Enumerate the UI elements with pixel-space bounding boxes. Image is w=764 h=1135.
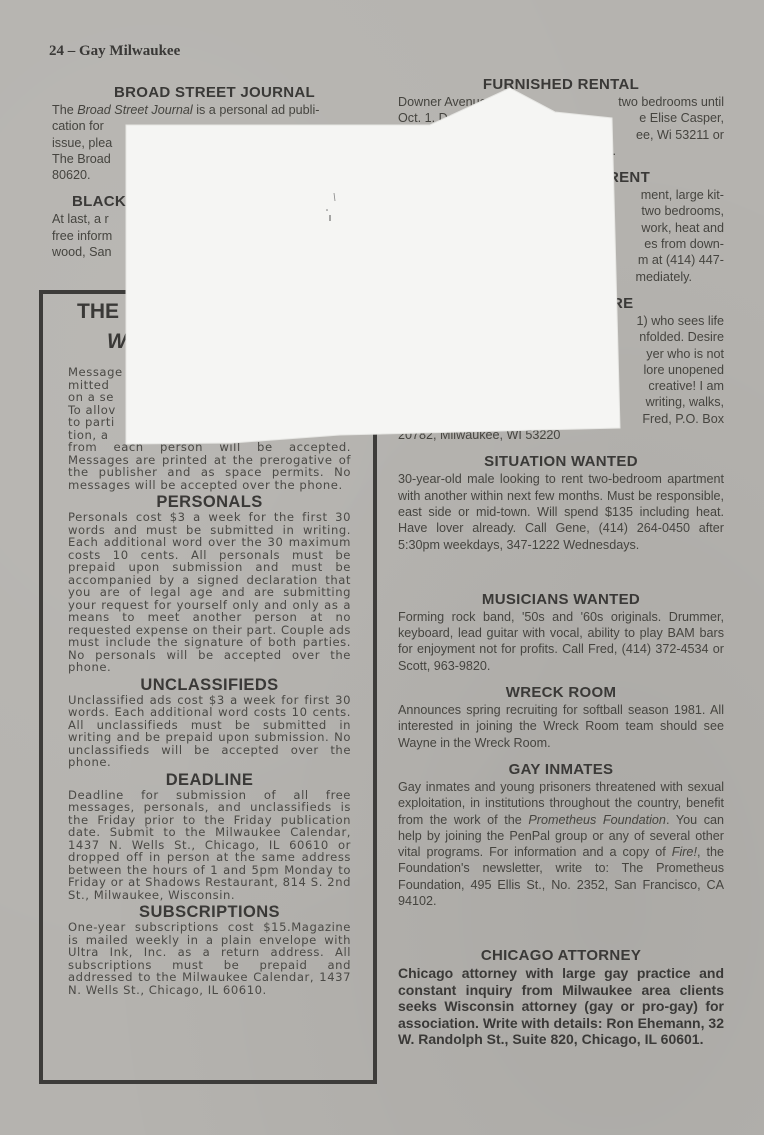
- ad-body: 30-year-old male looking to rent two-bed…: [398, 471, 724, 552]
- body-line: At last, a r: [52, 212, 109, 226]
- ad-body: At last, a r free inform wood, San: [52, 211, 377, 260]
- body-line: nfolded. Desire: [639, 330, 724, 344]
- section-title-deadline: DEADLINE: [68, 772, 351, 789]
- ad-body: The Broad Street Journal is a personal a…: [52, 102, 377, 183]
- newsletter-name: Fire!: [672, 845, 697, 859]
- ad-body: Chicago attorney with large gay practice…: [398, 965, 724, 1048]
- ad-gay-inmates: GAY INMATES Gay inmates and young prison…: [398, 761, 724, 909]
- ad-re: RE 1) who sees life nfolded. Desire yer …: [398, 295, 724, 443]
- notice-box: THE W Message mitted on a se To allov to…: [39, 290, 377, 1084]
- body-line: Oct. 1. De: [398, 111, 455, 125]
- notice-content: Message mitted on a se To allov to parti…: [68, 366, 351, 999]
- body-line: work, heat and: [641, 221, 724, 235]
- body-line: issue, plea: [52, 136, 112, 150]
- ad-body: Announces spring recruiting for softball…: [398, 702, 724, 751]
- ad-rent: RENT ment, large kit- two bedrooms, work…: [398, 169, 724, 285]
- body-line: e Elise Casper,: [639, 110, 724, 126]
- ad-title: FURNISHED RENTAL: [398, 76, 724, 93]
- body-line: 80620.: [52, 168, 91, 182]
- notice-title: THE: [43, 300, 373, 324]
- ad-title: RE: [398, 295, 724, 312]
- body-line: m at (414) 447-: [638, 253, 724, 267]
- ad-body-last-line: 20782, Milwaukee, WI 53220: [398, 427, 724, 443]
- body-line: writing, walks,: [646, 395, 724, 409]
- ad-body: 1) who sees life nfolded. Desire yer who…: [398, 313, 724, 427]
- body-line: creative! I am: [648, 379, 724, 393]
- deadline-body: Deadline for submission of all free mess…: [68, 789, 351, 902]
- body-line: ment.: [585, 143, 617, 159]
- ad-title: BROAD STREET JOURNAL: [52, 84, 377, 101]
- notice-subtitle: W: [43, 330, 373, 354]
- ad-body: Downer Avenuetwo bedrooms until Oct. 1. …: [398, 94, 724, 159]
- body-line: 1) who sees life: [637, 314, 725, 328]
- ad-body: Gay inmates and young prisoners threaten…: [398, 779, 724, 909]
- body-line: free inform: [52, 229, 112, 243]
- body-line: mediately.: [636, 270, 692, 284]
- publication-name: Broad Street Journal: [77, 103, 193, 117]
- organization-name: Prometheus Foundation: [528, 813, 666, 827]
- ad-furnished-rental: FURNISHED RENTAL Downer Avenuetwo bedroo…: [398, 76, 724, 159]
- ad-black: BLACK At last, a r free inform wood, San: [52, 193, 377, 260]
- body-line: es from down-: [644, 237, 724, 251]
- ad-situation-wanted: SITUATION WANTED 30-year-old male lookin…: [398, 453, 724, 552]
- body-line: The Broad: [52, 152, 111, 166]
- body-line: cation for: [52, 119, 104, 133]
- ad-body: Forming rock band, '50s and '60s origina…: [398, 609, 724, 674]
- ad-title: WRECK ROOM: [398, 684, 724, 701]
- section-title-personals: PERSONALS: [68, 494, 351, 511]
- body-line: yer who is not: [646, 347, 724, 361]
- body-line: two bedrooms,: [641, 204, 724, 218]
- body-text: is a personal ad publi-: [193, 103, 320, 117]
- ad-title: CHICAGO ATTORNEY: [398, 947, 724, 964]
- ad-title: MUSICIANS WANTED: [398, 591, 724, 608]
- body-line: Fred, P.O. Box: [642, 412, 724, 426]
- right-column: FURNISHED RENTAL Downer Avenuetwo bedroo…: [398, 76, 724, 1058]
- messages-fragment: Message mitted on a se To allov to parti…: [68, 366, 351, 441]
- left-column: BROAD STREET JOURNAL The Broad Street Jo…: [52, 84, 377, 270]
- ad-title: RENT: [398, 169, 724, 186]
- ad-title: BLACK: [52, 193, 377, 210]
- subscriptions-body: One-year subscriptions cost $15.Magazine…: [68, 921, 351, 996]
- body-line: two bedrooms until: [618, 94, 724, 110]
- ad-body: ment, large kit- two bedrooms, work, hea…: [398, 187, 724, 285]
- personals-body: Personals cost $3 a week for the first 3…: [68, 511, 351, 674]
- section-title-unclassifieds: UNCLASSIFIEDS: [68, 677, 351, 694]
- body-line: lore unopened: [643, 363, 724, 377]
- ad-title: SITUATION WANTED: [398, 453, 724, 470]
- ad-chicago-attorney: CHICAGO ATTORNEY Chicago attorney with l…: [398, 947, 724, 1048]
- body-line: ment, large kit-: [641, 188, 724, 202]
- body-line: Downer Avenue: [398, 95, 487, 109]
- ad-title: GAY INMATES: [398, 761, 724, 778]
- ad-musicians-wanted: MUSICIANS WANTED Forming rock band, '50s…: [398, 591, 724, 674]
- section-title-subscriptions: SUBSCRIPTIONS: [68, 904, 351, 921]
- ad-broad-street-journal: BROAD STREET JOURNAL The Broad Street Jo…: [52, 84, 377, 183]
- page-header: 24 – Gay Milwaukee: [49, 43, 180, 60]
- unclassifieds-body: Unclassified ads cost $3 a week for firs…: [68, 694, 351, 769]
- ad-wreck-room: WRECK ROOM Announces spring recruiting f…: [398, 684, 724, 751]
- body-line: wood, San: [52, 245, 112, 259]
- body-text: The: [52, 103, 77, 117]
- messages-body: from each person will be accepted. Messa…: [68, 441, 351, 491]
- body-line: ee, Wi 53211 or: [636, 127, 724, 143]
